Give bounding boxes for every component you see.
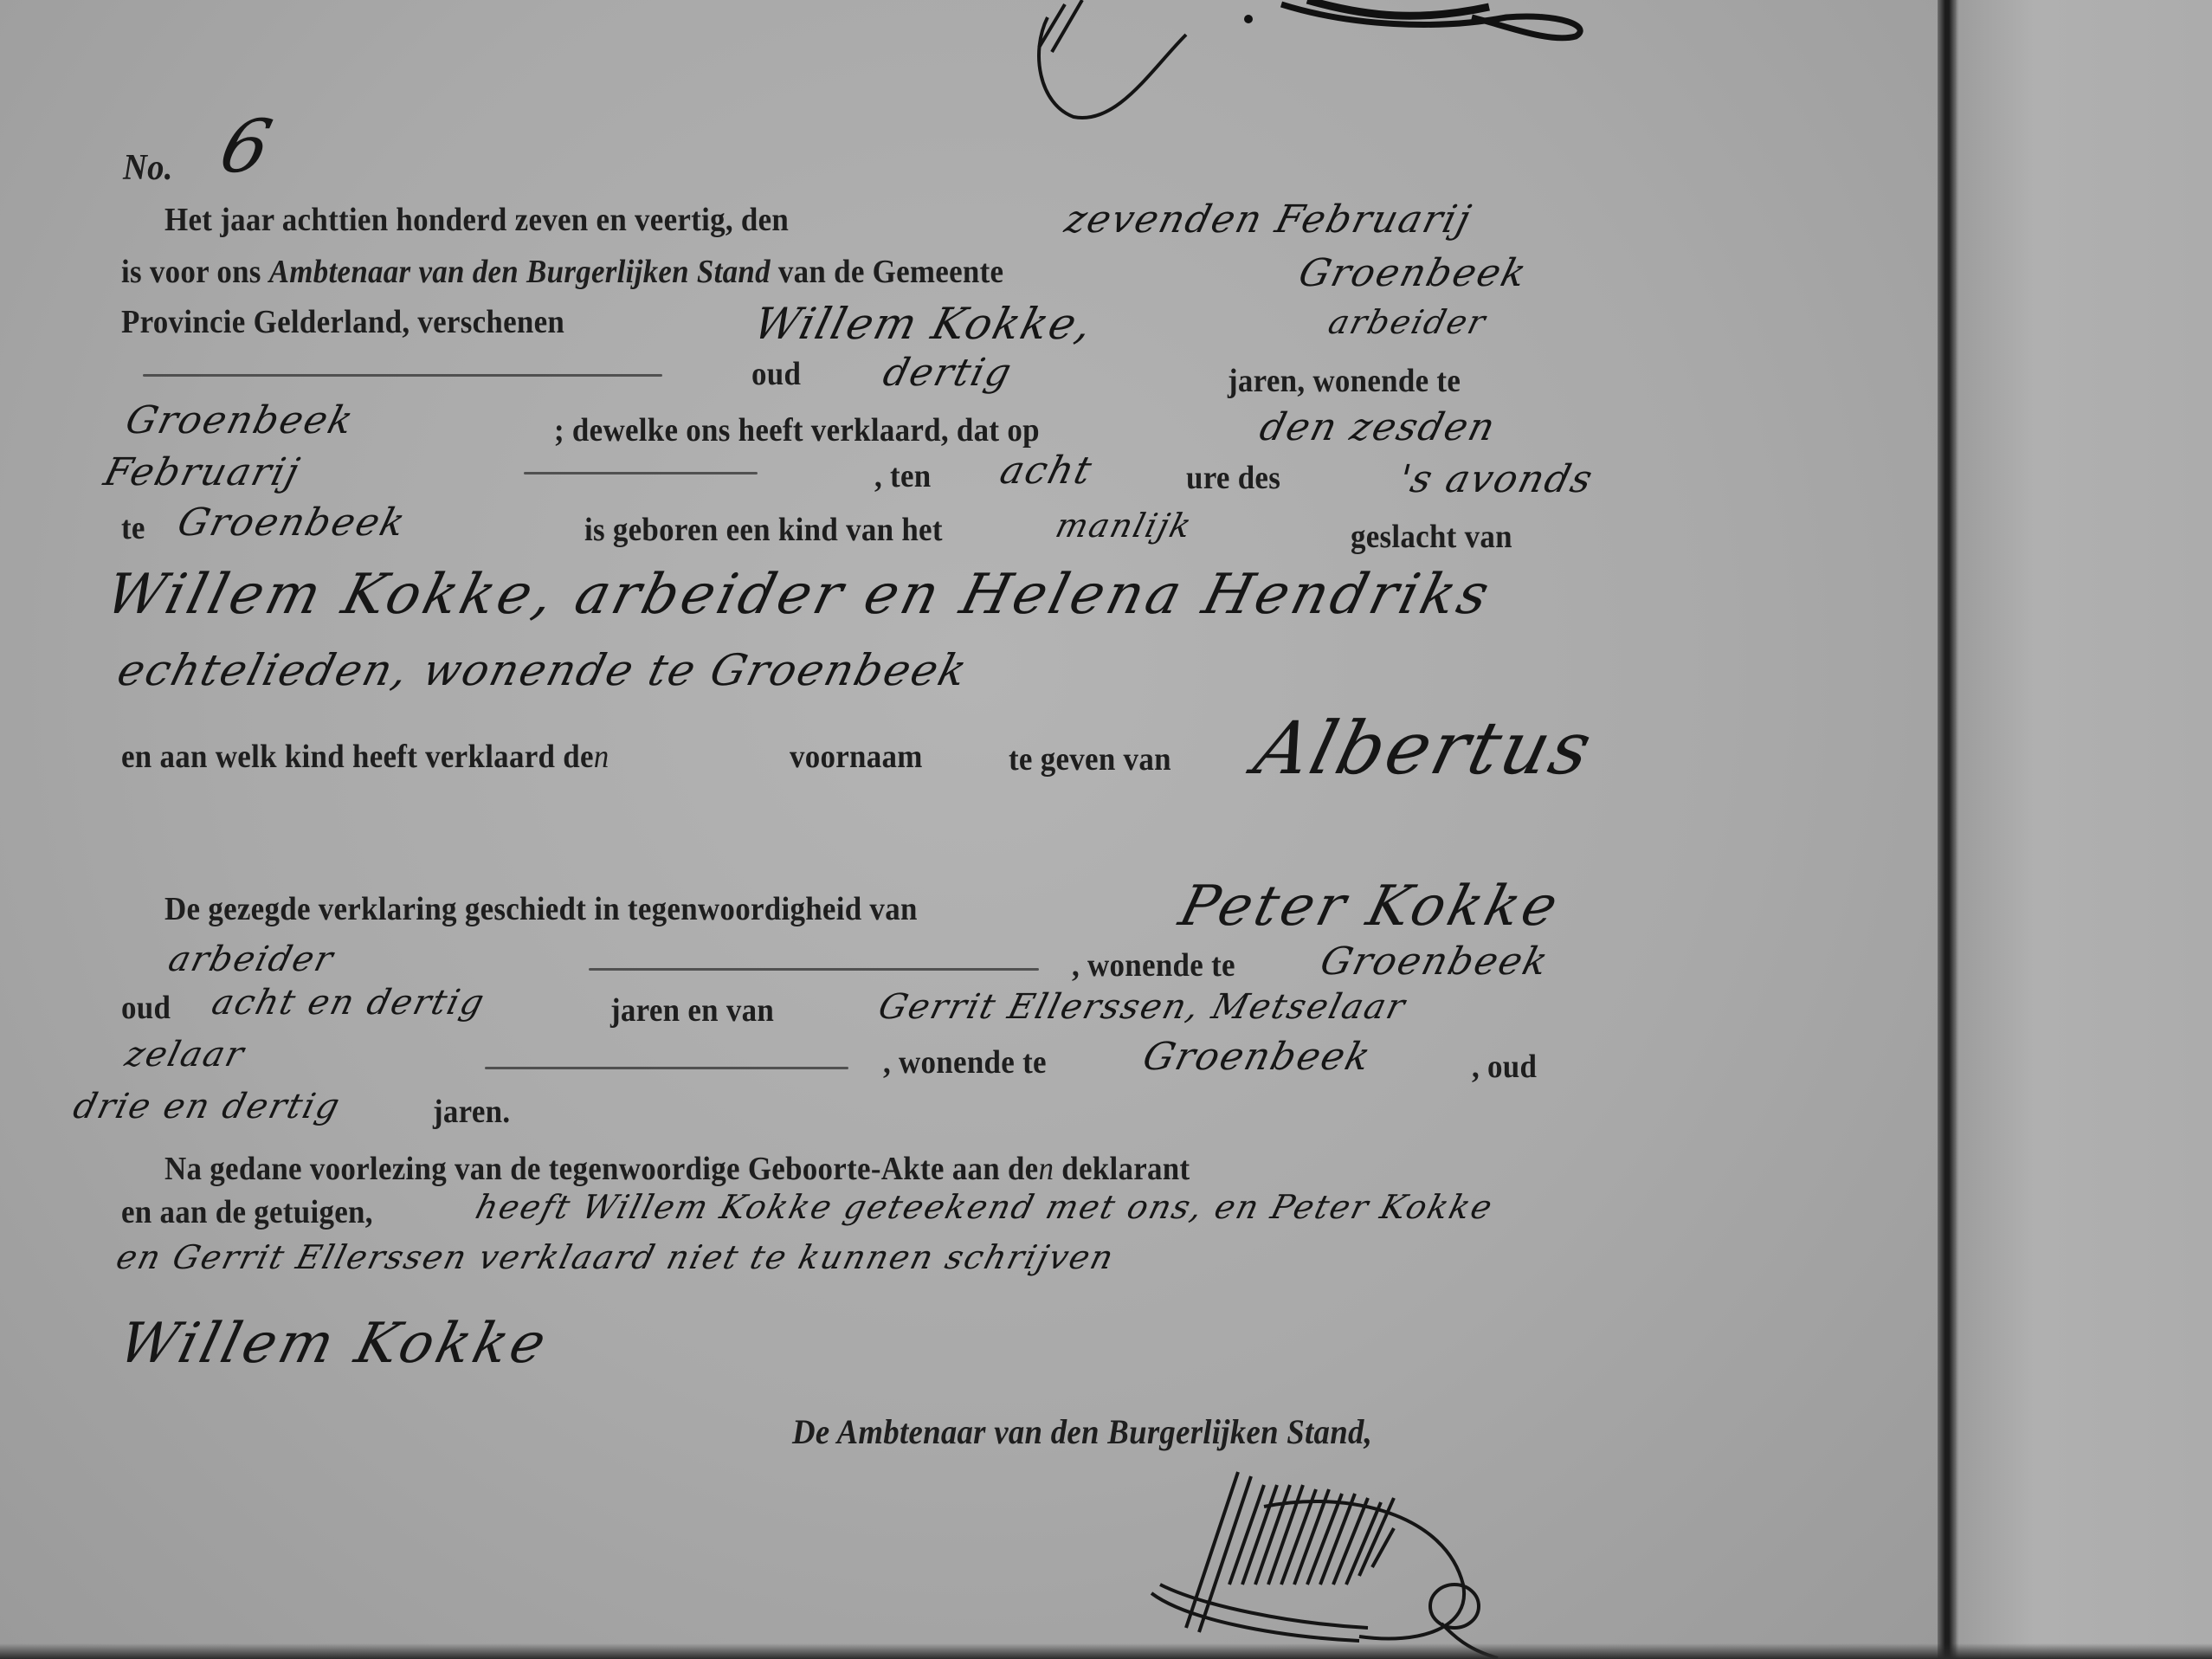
line2-post: van de Gemeente: [778, 254, 1003, 290]
line16-text: Na gedane voorlezing van de tegenwoordig…: [164, 1151, 1038, 1187]
hw-birth-hour: acht: [996, 449, 1098, 493]
hw-birth-date-1: den zesden: [1255, 405, 1501, 449]
hw-declarant-age: dertig: [879, 351, 1017, 395]
line16-end: deklarant: [1061, 1151, 1190, 1187]
hw-witness2-occupation: zelaar: [121, 1035, 249, 1075]
hw-parents-line-2: echtelieden, wonende te Groenbeek: [113, 645, 973, 695]
hw-witness1-age: acht en dertig: [208, 983, 489, 1023]
hw-date-day: zevenden Februarij: [1061, 197, 1476, 242]
top-flourish-signature: [1022, 0, 1610, 130]
right-page: [1958, 0, 2212, 1659]
hw-birth-place: Groenbeek: [173, 500, 411, 545]
hw-municipality: Groenbeek: [1294, 251, 1532, 295]
printed-line-2: is voor ons Ambtenaar van den Burgerlijk…: [121, 253, 1003, 291]
line2-pre: is voor ons: [121, 254, 261, 290]
printed-line-5: ; dewelke ons heeft verklaard, dat op: [554, 411, 1040, 449]
printed-line-10: en aan welk kind heeft verklaard den: [121, 738, 609, 776]
filler-dash: [143, 374, 662, 377]
hw-witness2-name: Gerrit Ellerssen, Metselaar: [874, 987, 1410, 1027]
hw-witness1-name: Peter Kokke: [1173, 875, 1567, 939]
hw-suffix-n2: n: [1038, 1151, 1054, 1187]
hw-declarant-residence: Groenbeek: [121, 398, 359, 442]
hw-witness2-residence: Groenbeek: [1138, 1035, 1377, 1079]
printed-geslacht-van: geslacht van: [1351, 518, 1512, 556]
hw-declarant-signature: Willem Kokke: [113, 1312, 555, 1376]
printed-ure-des: ure des: [1186, 459, 1280, 497]
hw-closing-line-1: heeft Willem Kokke geteekend met ons, en…: [472, 1188, 1498, 1226]
filler-dash: [485, 1067, 848, 1069]
printed-wonende-te-1: , wonende te: [1072, 946, 1235, 984]
printed-line-1: Het jaar achttien honderd zeven en veert…: [164, 201, 789, 239]
official-title: De Ambtenaar van den Burgerlijken Stand,: [792, 1411, 1372, 1452]
book-gutter: [1938, 0, 1957, 1659]
printed-jaren-en-van: jaren en van: [610, 991, 774, 1030]
hw-closing-line-2: en Gerrit Ellerssen verklaard niet te ku…: [113, 1238, 1119, 1276]
printed-oud: oud: [751, 355, 801, 393]
line2-italic: Ambtenaar van den Burgerlijken Stand: [269, 254, 771, 290]
printed-jaren-wonende: jaren, wonende te: [1228, 362, 1461, 400]
printed-jaren-end: jaren.: [433, 1093, 510, 1131]
hw-time-of-day: 's avonds: [1394, 457, 1598, 501]
hw-birth-date-2: Februarij: [100, 450, 305, 494]
filler-dash: [589, 968, 1039, 971]
printed-line-11: De gezegde verklaring geschiedt in tegen…: [164, 890, 918, 928]
hw-witness2-age: drie en dertig: [69, 1087, 345, 1126]
hw-declarant-occupation: arbeider: [1325, 303, 1491, 341]
printed-line-17: en aan de getuigen,: [121, 1193, 373, 1231]
record-number-label: No.: [123, 147, 173, 189]
hw-child-sex: manlijk: [1052, 507, 1196, 545]
line10-text: en aan welk kind heeft verklaard de: [121, 739, 594, 775]
official-signature: [1134, 1455, 1584, 1659]
printed-oud-3: , oud: [1472, 1048, 1537, 1086]
printed-line-3: Provincie Gelderland, verschenen: [121, 303, 564, 341]
hw-suffix-n: n: [594, 739, 609, 775]
page-bottom-edge: [0, 1643, 2212, 1659]
printed-wonende-te-2: , wonende te: [883, 1043, 1047, 1081]
printed-line-7: is geboren een kind van het: [584, 511, 943, 549]
hw-witness1-residence: Groenbeek: [1316, 939, 1554, 984]
record-number-prefix: No.: [123, 148, 173, 188]
printed-voornaam: voornaam: [790, 738, 923, 776]
printed-te-geven-van: te geven van: [1009, 740, 1171, 778]
filler-dash: [524, 472, 758, 474]
printed-line-16: Na gedane voorlezing van de tegenwoordig…: [164, 1150, 1190, 1188]
hw-witness1-occupation: arbeider: [164, 939, 339, 979]
left-page: [0, 0, 1944, 1659]
printed-te: te: [121, 509, 145, 547]
hw-parents-line-1: Willem Kokke, arbeider en Helena Hendrik…: [100, 563, 1499, 627]
hw-child-given-name: Albertus: [1247, 706, 1603, 791]
printed-oud-2: oud: [121, 989, 171, 1027]
printed-ten: , ten: [874, 457, 931, 495]
hw-declarant-name: Willem Kokke,: [749, 299, 1099, 349]
